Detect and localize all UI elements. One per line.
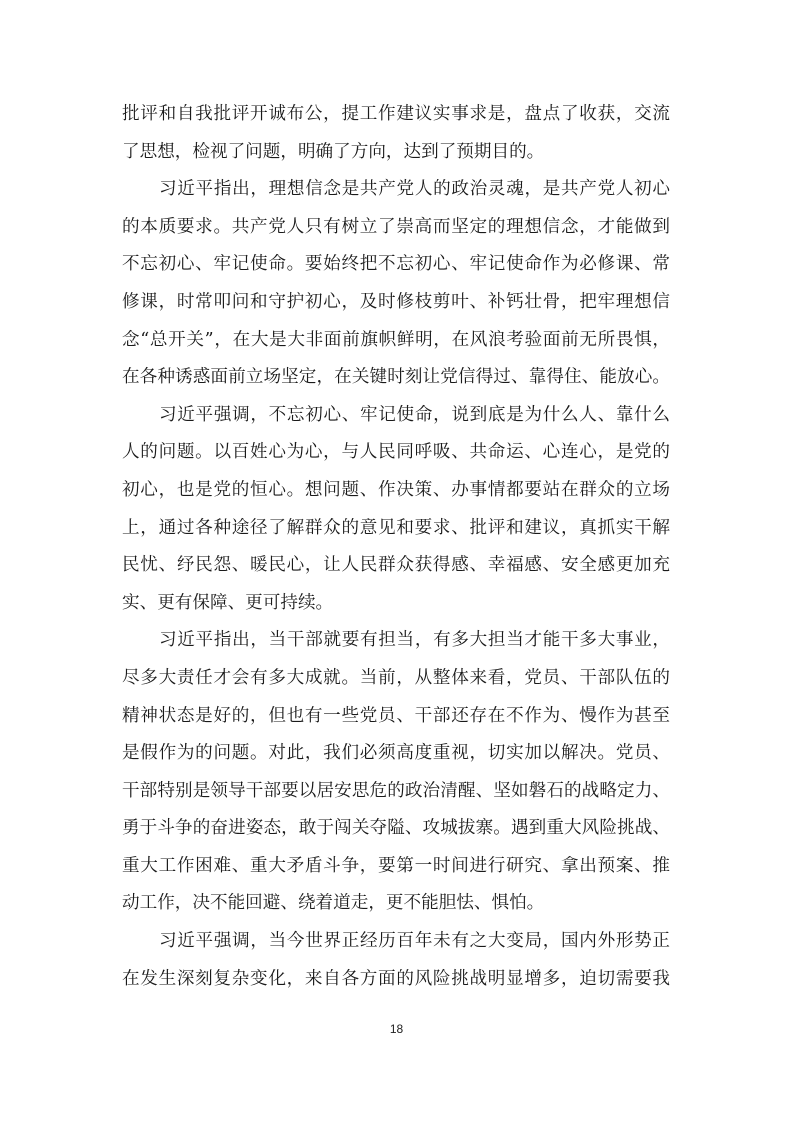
text-line: 念“总开关”，在大是大非面前旗帜鲜明，在风浪考验面前无所畏惧， bbox=[122, 322, 670, 360]
text-line: 是假作为的问题。对此，我们必须高度重视，切实加以解决。党员、 bbox=[122, 735, 670, 773]
text-line: 干部特别是领导干部要以居安思危的政治清醒、坚如磐石的战略定力、 bbox=[122, 773, 670, 811]
paragraph-first-line: 习近平强调，不忘初心、牢记使命，说到底是为什么人、靠什么 bbox=[122, 397, 670, 435]
body-text: 批评和自我批评开诚布公，提工作建议实事求是，盘点了收获，交流 了思想，检视了问题… bbox=[122, 96, 670, 998]
document-page: 批评和自我批评开诚布公，提工作建议实事求是，盘点了收获，交流 了思想，检视了问题… bbox=[0, 0, 793, 1122]
text-line: 实、更有保障、更可持续。 bbox=[122, 585, 670, 623]
text-line: 上，通过各种途径了解群众的意见和要求、批评和建议，真抓实干解 bbox=[122, 510, 670, 548]
text-line: 重大工作困难、重大矛盾斗争，要第一时间进行研究、拿出预案、推 bbox=[122, 848, 670, 886]
text-line: 修课，时常叩问和守护初心，及时修枝剪叶、补钙壮骨，把牢理想信 bbox=[122, 284, 670, 322]
text-line: 人的问题。以百姓心为心，与人民同呼吸、共命运、心连心，是党的 bbox=[122, 434, 670, 472]
text-line: 不忘初心、牢记使命。要始终把不忘初心、牢记使命作为必修课、常 bbox=[122, 246, 670, 284]
paragraph-first-line: 习近平指出，当干部就要有担当，有多大担当才能干多大事业， bbox=[122, 622, 670, 660]
text-line: 尽多大责任才会有多大成就。当前，从整体来看，党员、干部队伍的 bbox=[122, 660, 670, 698]
text-line: 勇于斗争的奋进姿态，敢于闯关夺隘、攻城拔寨。遇到重大风险挑战、 bbox=[122, 810, 670, 848]
paragraph-first-line: 习近平强调，当今世界正经历百年未有之大变局，国内外形势正 bbox=[122, 923, 670, 961]
text-line: 批评和自我批评开诚布公，提工作建议实事求是，盘点了收获，交流 bbox=[122, 96, 670, 134]
text-line: 民忧、纾民怨、暖民心，让人民群众获得感、幸福感、安全感更加充 bbox=[122, 547, 670, 585]
paragraph-first-line: 习近平指出，理想信念是共产党人的政治灵魂，是共产党人初心 bbox=[122, 171, 670, 209]
text-line: 了思想，检视了问题，明确了方向，达到了预期目的。 bbox=[122, 134, 670, 172]
text-line: 在各种诱惑面前立场坚定，在关键时刻让党信得过、靠得住、能放心。 bbox=[122, 359, 670, 397]
text-line: 的本质要求。共产党人只有树立了崇高而坚定的理想信念，才能做到 bbox=[122, 209, 670, 247]
text-line: 动工作，决不能回避、绕着道走，更不能胆怯、惧怕。 bbox=[122, 885, 670, 923]
text-line: 在发生深刻复杂变化，来自各方面的风险挑战明显增多，迫切需要我 bbox=[122, 961, 670, 999]
text-line: 初心，也是党的恒心。想问题、作决策、办事情都要站在群众的立场 bbox=[122, 472, 670, 510]
page-number: 18 bbox=[0, 1022, 793, 1036]
text-line: 精神状态是好的，但也有一些党员、干部还存在不作为、慢作为甚至 bbox=[122, 698, 670, 736]
